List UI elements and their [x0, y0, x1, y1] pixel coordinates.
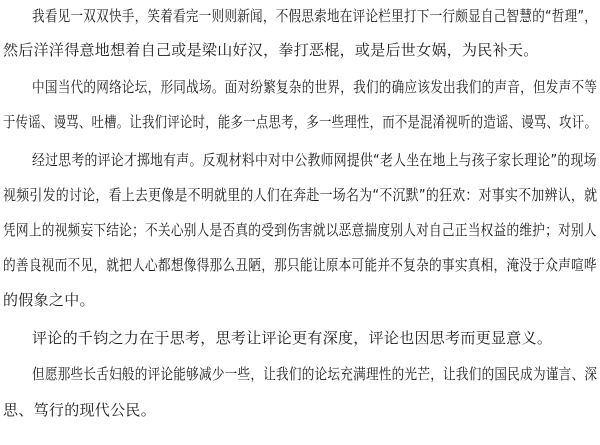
paragraph-5-line-2: 思、笃行的现代公民。	[3, 400, 597, 420]
essay-document: 我看见一双双快手，笑着看完一则则新闻，不假思索地在评论栏里打下一行颇显自己智慧的…	[0, 0, 600, 445]
paragraph-3-line-5: 的假象之中。	[3, 290, 597, 310]
paragraph-3-line-3: 凭网上的视频妄下结论；不关心别人是否真的受到伤害就以恶意揣度别人对自己正当权益的…	[3, 220, 504, 240]
paragraph-2-line-2: 于传谣、谩骂、吐槽。让我们评论时，能多一点思考，多一些理性，而不是混淆视听的造谣…	[3, 112, 494, 132]
paragraph-3-line-4: 的善良视而不见，就把人心都想像得那么丑陋，那只能让原本可能并不复杂的事实真相，淹…	[3, 255, 504, 275]
paragraph-1-line-2: 然后洋洋得意地想着自己或是梁山好汉，拳打恶棍，或是后世女娲，为民补天。	[3, 40, 597, 60]
paragraph-4-line-1: 评论的千钧之力在于思考，思考让评论更有深度，评论也因思考而更显意义。	[32, 328, 597, 348]
paragraph-1-line-1: 我看见一双双快手，笑着看完一则则新闻，不假思索地在评论栏里打下一行颇显自己智慧的…	[32, 6, 506, 26]
paragraph-3-line-2: 视频引发的讨论，看上去更像是不明就里的人们在奔赴一场名为“不沉默”的狂欢：对事实…	[3, 185, 515, 205]
paragraph-3-line-1: 经过思考的评论才掷地有声。反观材料中对中公教师网提供“老人坐在地上与孩子家长理论…	[32, 150, 516, 170]
paragraph-2-line-1: 中国当代的网络论坛，形同战场。面对纷繁复杂的世界，我们的确应该发出我们的声音，但…	[32, 77, 506, 97]
paragraph-5-line-1: 但愿那些长舌妇般的评论能够减少一些，让我们的论坛充满理性的光芒，让我们的国民成为…	[32, 364, 506, 384]
